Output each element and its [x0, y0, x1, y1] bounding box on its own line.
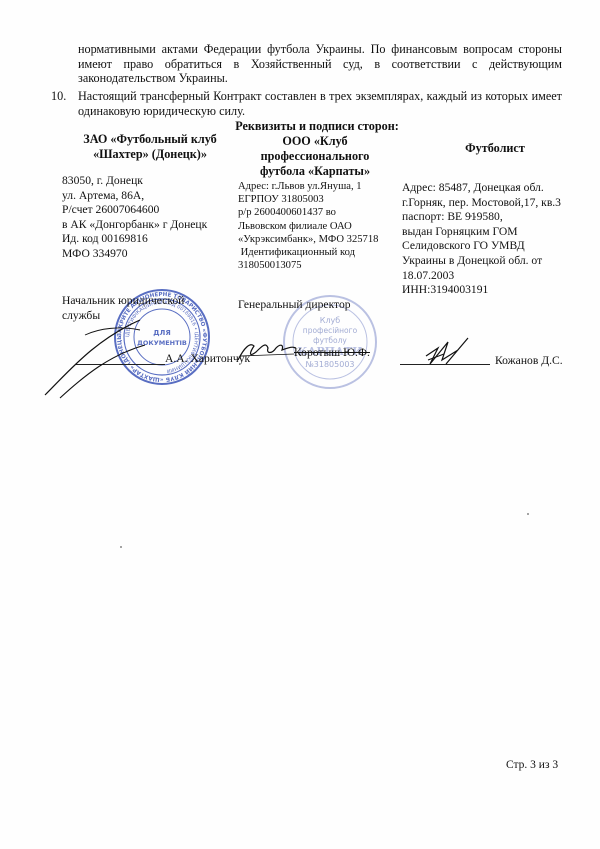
text-line: нормативными актами Федерации футбола Ук…: [78, 42, 562, 57]
detail-line: 18.07.2003: [402, 269, 561, 284]
text-line: одинаковую юридическую силу.: [78, 104, 562, 119]
name-line: футбола «Карпаты»: [240, 164, 390, 179]
svg-text:№31805003: №31805003: [305, 360, 354, 369]
page-number: Стр. 3 из 3: [506, 759, 558, 771]
scan-speck: [120, 546, 122, 548]
handwritten-signature-icon: [236, 338, 298, 364]
clause-10: Настоящий трансферный Контракт составлен…: [78, 89, 562, 118]
name-line: ЗАО «Футбольный клуб: [60, 132, 240, 147]
player-signatory: Кожанов Д.С.: [495, 354, 563, 369]
party-shakhtar-name: ЗАО «Футбольный клуб «Шахтер» (Донецк)»: [60, 132, 240, 162]
detail-line: «Укрэксимбанк», МФО 325718: [238, 233, 378, 246]
svg-text:Клуб: Клуб: [320, 316, 341, 325]
detail-line: в АК «Донгорбанк» г Донецк: [62, 218, 207, 233]
detail-line: Львовском филиале ОАО: [238, 220, 378, 233]
svg-text:професійного: професійного: [303, 326, 358, 335]
detail-line: Адрес: г.Львов ул.Януша, 1: [238, 180, 378, 193]
scan-speck: [527, 513, 529, 515]
name-line: ООО «Клуб: [240, 134, 390, 149]
text-line: законодательством Украины.: [78, 71, 562, 86]
detail-line: выдан Горняцким ГОМ: [402, 225, 561, 240]
detail-line: 83050, г. Донецк: [62, 174, 207, 189]
name-line: Футболист: [420, 141, 570, 156]
detail-line: паспорт: ВЕ 919580,: [402, 210, 561, 225]
detail-line: Ид. код 00169816: [62, 232, 207, 247]
karpaty-position: Генеральный директор: [238, 298, 351, 313]
detail-line: Р/счет 26007064600: [62, 203, 207, 218]
name-line: профессионального: [240, 149, 390, 164]
karpaty-signatory: Коротыш Ю.Ф.: [294, 346, 370, 361]
detail-line: Селидовского ГО УМВД: [402, 239, 561, 254]
detail-line: Украины в Донецкой обл. от: [402, 254, 561, 269]
party-karpaty-details: Адрес: г.Львов ул.Януша, 1 ЕГРПОУ 318050…: [238, 180, 378, 272]
party-player-name: Футболист: [420, 141, 570, 156]
detail-line: ул. Артема, 86А,: [62, 189, 207, 204]
text-line: имеют право обратиться в Хозяйственный с…: [78, 57, 562, 72]
detail-line: ЕГРПОУ 31805003: [238, 193, 378, 206]
clause-9-tail: нормативными актами Федерации футбола Ук…: [78, 42, 562, 86]
clause-number: 10.: [51, 89, 66, 104]
svg-text:футболу: футболу: [313, 336, 347, 345]
svg-text:ДЛЯ: ДЛЯ: [153, 329, 170, 337]
detail-line: ИНН:3194003191: [402, 283, 561, 298]
party-karpaty-name: ООО «Клуб профессионального футбола «Кар…: [240, 134, 390, 179]
detail-line: Адрес: 85487, Донецкая обл.: [402, 181, 561, 196]
handwritten-signature-icon: [418, 334, 478, 372]
party-shakhtar-details: 83050, г. Донецк ул. Артема, 86А, Р/счет…: [62, 174, 207, 262]
party-player-details: Адрес: 85487, Донецкая обл. г.Горняк, пе…: [402, 181, 561, 298]
detail-line: МФО 334970: [62, 247, 207, 262]
scan-speck: [474, 216, 476, 218]
position-line: Генеральный директор: [238, 298, 351, 313]
document-page: нормативными актами Федерации футбола Ук…: [0, 0, 600, 849]
handwritten-signature-icon: [40, 300, 150, 400]
detail-line: р/р 2600400601437 во: [238, 206, 378, 219]
requisites-title: Реквизиты и подписи сторон:: [232, 119, 402, 134]
name-line: «Шахтер» (Донецк)»: [60, 147, 240, 162]
text-line: Настоящий трансферный Контракт составлен…: [78, 89, 562, 104]
scan-speck: [470, 215, 472, 217]
detail-line: 318050013075: [238, 259, 378, 272]
detail-line: г.Горняк, пер. Мостовой,17, кв.3: [402, 196, 561, 211]
detail-line: Идентификационный код: [238, 246, 378, 259]
